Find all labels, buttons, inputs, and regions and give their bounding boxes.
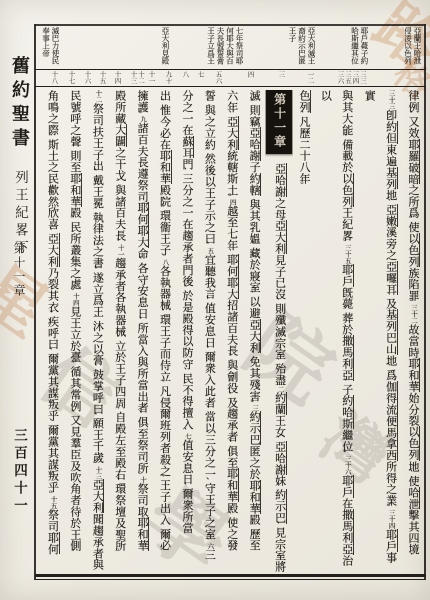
punctuation-mark: 、 [202,296,205,299]
proper-name: 亞大利 [248,319,261,353]
proper-name: 撒馬利亞 [341,509,354,555]
proper-name: 亞大利 [274,220,287,254]
text-column: 滅、則竊亞哈謝子約轄、與其乳媼、藏於寢室、以避亞大利、免其殘害。三約示巴匿之於耶… [243,90,265,574]
text-column: 出、惟今必在耶和華殿院、環衞王子、八各執器械、環王子而侍立、凡侵爾班列者殺之、王… [153,90,175,574]
proper-name: 亞哈謝 [248,127,261,161]
text-column: 第十一章亞哈謝之母亞大利見子已沒、則殲滅宗室、殆盡二約蘭王女、亞哈謝妹、約示巴、… [265,90,292,574]
text-column: 殿所藏大闢之干戈、與諸百夫長、十一趨承者各執器械、立於王子四周、自殿左至殿右、環… [108,90,130,574]
punctuation-mark: 、 [247,98,250,101]
verse-number-row: 三三三四三五三六一二三四五六七八九十十一十二十三十四十五十六十七十八 [36,71,426,86]
punctuation-mark: 、 [46,133,49,136]
punctuation-mark: 、 [273,297,276,300]
punctuation-mark: 、 [273,521,276,524]
punctuation-mark: 、 [180,427,183,430]
punctuation-mark: 、 [202,537,205,540]
frame-bottom-border-thin [35,579,426,580]
punctuation-mark: 、 [180,284,183,287]
punctuation-mark: 、 [247,522,250,525]
punctuation-mark: 、 [46,347,49,350]
frame-left-border [34,24,36,580]
punctuation-mark: 、 [46,418,49,421]
punctuation-mark: 、 [225,439,228,442]
punctuation-mark: 、 [247,290,250,293]
punctuation-mark: 、 [273,435,276,438]
frame-right-border [424,24,426,580]
punctuation-mark: 、 [113,178,116,181]
punctuation-mark: 、 [297,110,300,113]
punctuation-mark: 。 [90,460,93,463]
text-column: 色列、凡歷二十八年。 [293,90,314,574]
body-text: 律例、又效耶羅破暗之所爲、使以色列族陷罪。三十二故當時耶和華始分裂以色列地、使哈… [38,90,424,574]
punctuation-mark: 、 [158,522,161,525]
verse-number: 四 [246,71,254,87]
punctuation-mark: 。 [135,471,138,474]
text-column: 十二祭司扶王子出、戴王冕、執律法之書、遂立爲王、沐之以膏、鼓掌呼曰、願王千歲。十… [86,90,108,574]
scanned-page: 路格星信學院灣 舊約聖書 列王紀畧下 第十一章 三百四十一 亞蘭王哈泄侵凌以色列… [0,0,430,600]
verse-number: 三五三六 [336,71,351,87]
punctuation-mark: 、 [68,548,71,551]
proper-name: 以色列 [407,233,420,267]
punctuation-mark: 、 [225,511,228,514]
punctuation-mark: 、 [135,256,138,259]
proper-name: 蘇耳 [181,136,194,159]
punctuation-mark: 、 [406,469,409,472]
summary-block: 亞大利見殿 [148,27,170,69]
punctuation-mark: 、 [340,378,343,381]
punctuation-mark: 、 [46,227,49,230]
text-column: 耶大命諸百夫長及統轄全軍者、曰、在耶和華殿、愼勿殺是婦、當曳出班列之外、凡從之者… [38,90,41,574]
proper-name: 耶和華 [136,517,149,551]
proper-name: 耶和華 [226,468,239,502]
summary-block: 滅巴力使民奉事上帝 [38,27,60,69]
text-column: 分之一在蘇耳門、三分之一在趨承者門後、於是殿得以防守、民不得擅入、七值安息日、爾… [176,90,198,574]
punctuation-mark: 。 [340,238,343,241]
verse-number: 三三三四 [351,71,366,87]
text-column: 民號呼之聲、則至耶和華殿、民所叢集之處。十四見王立於臺、循其常例、又見羣臣及吹角… [64,90,86,574]
punctuation-mark: 、 [247,193,250,196]
page-number: 三百四十一 [9,428,29,516]
verse-number: 十八 [50,71,58,87]
proper-name: 耶和華 [407,358,420,392]
proper-name: 約但 [385,121,398,144]
punctuation-mark: 、 [158,204,161,207]
summary-block: 亞蘭王哈泄侵凌以色列 [392,27,422,69]
punctuation-mark: 、 [225,110,228,113]
verse-marker: 十二 [94,90,101,103]
proper-name: 耶和華 [248,480,261,514]
verse-number: 三 [277,71,285,87]
punctuation-mark: 、 [90,168,93,171]
punctuation-mark: 、 [113,477,116,480]
proper-name: 耶何 [47,532,60,555]
punctuation-mark: 、 [340,306,343,309]
punctuation-mark: 、 [225,248,228,251]
text-column: 與其大能、備載於以色列王紀畧。三十五耶戶旣薨、葬於撒馬利亞、子約哈斯繼位。三十六… [314,90,358,574]
proper-name: 約哈斯 [341,395,354,429]
verse-number: 十二十三 [129,71,144,87]
verse-number: 十六 [83,71,91,87]
punctuation-mark: 。 [68,287,71,290]
punctuation-mark: 、 [202,405,205,408]
punctuation-mark: 、 [202,98,205,101]
proper-name: 亞囉耳 [385,261,398,295]
punctuation-mark: 、 [158,253,161,256]
punctuation-mark: 、 [46,310,49,313]
punctuation-mark: 、 [90,412,93,415]
punctuation-mark: 、 [406,552,409,555]
punctuation-mark: 、 [384,363,387,366]
summary-block: 耶戶薨子約哈斯繼其位 [341,27,369,69]
proper-name: 耶何耶大 [136,202,149,248]
punctuation-mark: 、 [362,98,365,101]
punctuation-mark: 。 [406,298,409,301]
summary-band: 亞蘭王哈泄侵凌以色列耶戶薨子約哈斯繼其位亞大利滅王裔約示巴匿王子七年祭司耶何耶大… [36,26,426,70]
punctuation-mark: 、 [406,110,409,113]
punctuation-mark: 。 [225,193,228,196]
punctuation-mark: 。 [247,399,250,402]
verse-marker: 三十三 [388,90,395,110]
proper-name: 哈泄 [407,487,420,510]
punctuation-mark: 。 [113,548,116,551]
proper-name: 耶戶 [385,529,398,552]
punctuation-mark: 、 [68,409,71,412]
verse-number: 七 [196,71,204,87]
punctuation-mark: 、 [180,167,183,170]
verse-number: 八 [181,71,189,87]
punctuation-mark: 、 [68,215,71,218]
punctuation-mark: 、 [113,238,116,241]
proper-name: 亞大利 [47,233,60,267]
proper-name: 約示巴 [248,411,261,445]
proper-name: 撒馬利亞 [341,335,354,381]
punctuation-mark: 、 [340,133,343,136]
summary-block: 七年祭司耶何耶大與百夫長盟誓膏王子立爲王 [182,27,244,69]
proper-name: 亞大利 [226,116,239,150]
verse-number: 十五 [98,71,106,87]
punctuation-mark: 、 [135,410,138,413]
punctuation-mark: 、 [247,241,250,244]
proper-name: 亞哈謝 [274,163,287,197]
punctuation-mark: 。 [46,490,49,493]
proper-name: 耶和華 [69,173,82,207]
punctuation-mark: 、 [202,147,205,150]
verse-number: 十四 [113,71,121,87]
verse-number: 十七 [67,71,75,87]
proper-name: 基列 [385,167,398,190]
proper-name: 大闢 [114,124,127,147]
punctuation-mark: 、 [225,391,228,394]
punctuation-mark: 、 [273,357,276,360]
text-column: 角鳴之際、斯土之民歡然欣喜、亞大利乃裂其衣、疾呼曰、爾黨其謀叛乎、爾黨其謀叛乎。… [41,90,63,574]
chapter-margin-label: 第十一章 [11,242,28,298]
proper-name: 伽得流便馬拿西 [385,381,398,461]
verse-number: 九十 [164,71,172,87]
punctuation-mark: 、 [225,353,228,356]
punctuation-mark: 、 [135,316,138,319]
proper-name: 約示巴 [274,489,287,523]
punctuation-mark: 、 [273,483,276,486]
proper-name: 耶何耶大 [226,254,239,300]
text-column: 三十三卽約但東遍基列地、亞嫩溪旁之亞囉耳、及基列巴山地、爲伽得流便馬拿西所得之業… [358,90,402,574]
proper-name: 亞大利 [91,479,104,513]
verse-number: 十一 [147,71,155,87]
proper-name: 以色列 [407,426,420,460]
punctuation-mark: 、 [90,314,93,317]
punctuation-mark: 、 [247,350,250,353]
punctuation-mark: 、 [68,144,71,147]
band-divider-bottom [35,86,426,87]
frame-bottom-border-thick [35,574,426,577]
summary-block: 亞大利滅王裔約示巴匿王子 [274,27,316,69]
punctuation-mark: 、 [68,360,71,363]
punctuation-mark: 、 [180,482,183,485]
verse-number: 一二 [306,71,314,87]
punctuation-mark: 、 [406,215,409,218]
punctuation-mark: 、 [384,292,387,295]
punctuation-mark: 、 [384,198,387,201]
proper-name: 基列巴山 [385,309,398,355]
testament-title: 舊約聖書 [7,56,33,152]
proper-name: 亞嫩 [385,204,398,227]
proper-name: 亞哈謝 [274,441,287,475]
proper-name: 以色列 [341,173,354,207]
proper-name: 耶羅破暗 [407,139,420,185]
punctuation-mark: 。 [297,181,300,184]
proper-name: 耶戶 [341,264,354,287]
punctuation-mark: 、 [90,266,93,269]
text-column: 律例、又效耶羅破暗之所爲、使以色列族陷罪。三十二故當時耶和華始分裂以色列地、使哈… [402,90,424,574]
punctuation-mark: 、 [202,477,205,480]
punctuation-mark: 、 [202,345,205,348]
punctuation-mark: 、 [113,334,116,337]
punctuation-mark: 、 [113,406,116,409]
text-column: 六年、亞大利統轄斯土。四越至七年、耶何耶大招諸百夫長、與劊役、及趨承者、俱至耶和… [220,90,242,574]
chapter-heading: 第十一章 [266,90,291,154]
punctuation-mark: 、 [158,98,161,101]
proper-name: 耶和華 [159,150,172,184]
punctuation-mark: 。 [135,110,138,113]
punctuation-mark: 、 [158,308,161,311]
punctuation-mark: 、 [90,206,93,209]
punctuation-mark: 、 [158,474,161,477]
proper-name: 約蘭 [274,392,287,415]
proper-name: 耶戶 [341,475,354,498]
punctuation-mark: 、 [180,367,183,370]
punctuation-mark: 。 [340,449,343,452]
punctuation-mark: 、 [90,363,93,366]
text-column: 誓、與之立約、然後以王子示之曰、五宜聽我言、值安息日、爾衆入此者、當以三分之一、… [198,90,220,574]
verse-number: 五六 [214,71,222,87]
text-column: 擁護。九諸百夫長遵祭司耶何耶大命、各守安息日、所當入與所當出者、俱至祭司所。十祭… [131,90,153,574]
punctuation-mark: 、 [158,379,161,382]
punctuation-mark: 。 [384,503,387,506]
punctuation-mark: 、 [202,241,205,244]
